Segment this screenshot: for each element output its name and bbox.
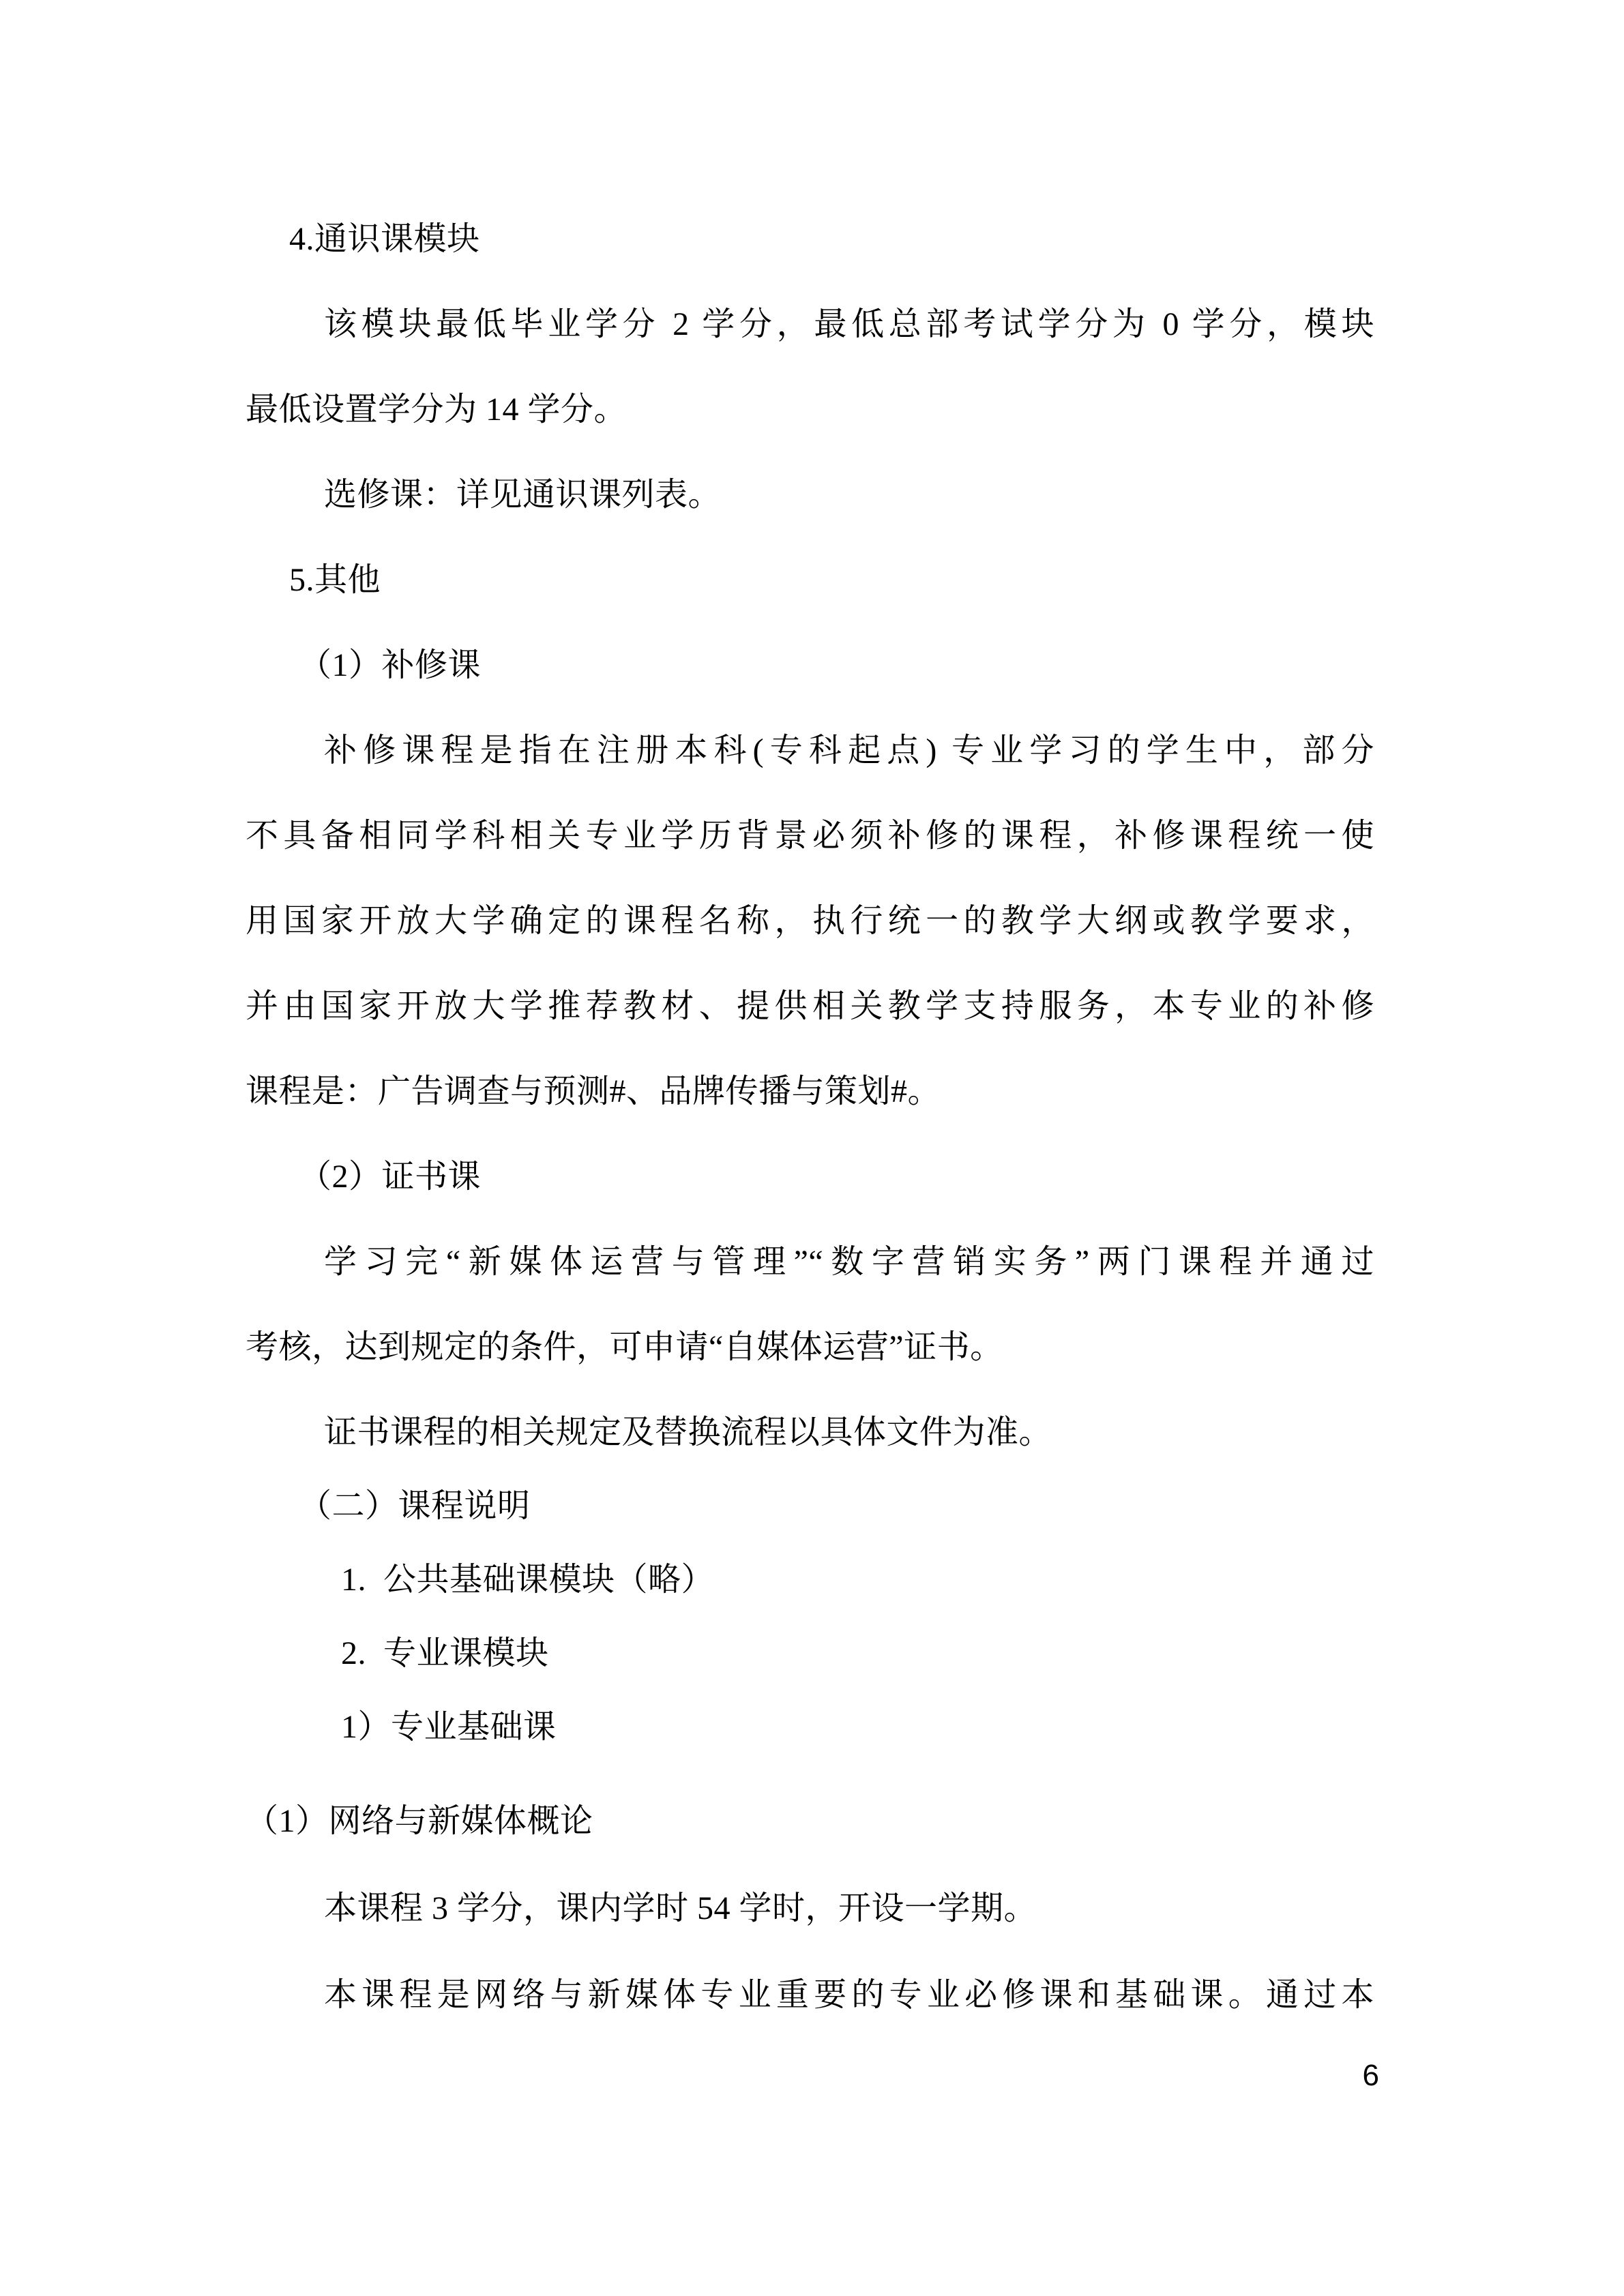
- heading-certificate-course: （2）证书课: [246, 1134, 1374, 1219]
- list-item-professional-module: 2. 专业课模块: [246, 1617, 1374, 1690]
- para-makeup-line-5: 课程是：广告调查与预测#、品牌传播与策划#。: [246, 1049, 1374, 1134]
- para-makeup-line-3: 用国家开放大学确定的课程名称，执行统一的教学大纲或教学要求，: [246, 878, 1374, 964]
- heading-course-new-media-intro: （1）网络与新媒体概论: [246, 1778, 1374, 1864]
- para-makeup-line-4: 并由国家开放大学推荐教材、提供相关教学支持服务，本专业的补修: [246, 964, 1374, 1049]
- para-makeup-line-1: 补修课程是指在注册本科(专科起点) 专业学习的学生中，部分: [246, 708, 1374, 793]
- para-certificate-line-1: 学习完“新媒体运营与管理”“数字营销实务”两门课程并通过: [246, 1219, 1374, 1304]
- para-module-credits-line-1: 该模块最低毕业学分 2 学分，最低总部考试学分为 0 学分，模块: [246, 282, 1374, 367]
- para-course-intro: 本课程是网络与新媒体专业重要的专业必修课和基础课。通过本: [246, 1952, 1374, 2038]
- page-number: 6: [1363, 2059, 1379, 2092]
- para-makeup-line-2: 不具备相同学科相关专业学历背景必须补修的课程，补修课程统一使: [246, 793, 1374, 878]
- heading-other-5: 5.其他: [246, 537, 1374, 623]
- para-certificate-line-2: 考核，达到规定的条件，可申请“自媒体运营”证书。: [246, 1304, 1374, 1390]
- para-course-credits: 本课程 3 学分，课内学时 54 学时，开设一学期。: [246, 1866, 1374, 1951]
- heading-makeup-course: （1）补修课: [246, 623, 1374, 708]
- heading-module-4: 4.通识课模块: [246, 196, 1374, 282]
- list-item-professional-basic: 1）专业基础课: [246, 1690, 1374, 1764]
- para-electives: 选修课：详见通识课列表。: [246, 452, 1374, 537]
- list-item-public-basic-module: 1. 公共基础课模块（略）: [246, 1543, 1374, 1617]
- heading-course-description: （二）课程说明: [246, 1470, 1374, 1543]
- document-page: 4.通识课模块 该模块最低毕业学分 2 学分，最低总部考试学分为 0 学分，模块…: [0, 0, 1624, 2296]
- para-module-credits-line-2: 最低设置学分为 14 学分。: [246, 367, 1374, 452]
- para-certificate-rules: 证书课程的相关规定及替换流程以具体文件为准。: [246, 1390, 1374, 1475]
